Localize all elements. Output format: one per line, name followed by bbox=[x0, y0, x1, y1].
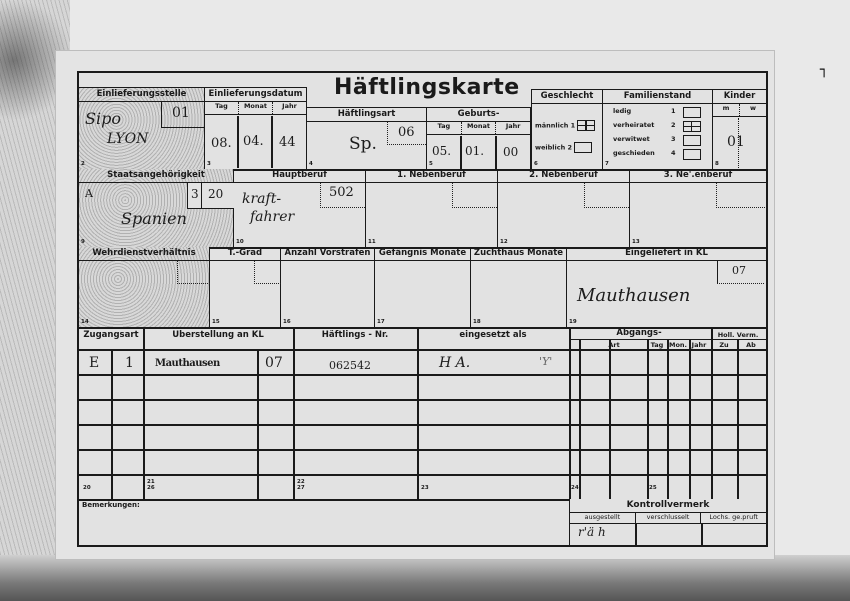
zugangsart-header: Zugangsart bbox=[79, 329, 143, 342]
maennlich-checkbox bbox=[577, 120, 595, 131]
familienstand-field: Familienstand ledig1 verheiratet2 verwit… bbox=[603, 89, 713, 169]
eingesetzt-header: eingesetzt als bbox=[417, 329, 569, 342]
ausgestellt-initials: r'ä h bbox=[578, 525, 606, 539]
nebenberuf-2-field: 2. Nebenberuf 12 bbox=[498, 169, 630, 247]
gefaengnis-field: Gefängnis Monate 17 bbox=[375, 247, 471, 327]
prisoner-card: Häftlingskarte Einlieferungsstelle Sipo … bbox=[77, 71, 768, 547]
geschlecht-field: Geschlecht männlich 1 weiblich 2 6 bbox=[531, 89, 603, 169]
eingesetzt-code: 'Y' bbox=[539, 355, 552, 368]
geburts-label: Geburts- bbox=[427, 108, 530, 122]
einlieferungsstelle-code-box: 01 bbox=[161, 102, 205, 128]
haeftlingsart-label: Häftlingsart bbox=[307, 108, 426, 122]
ledig-checkbox bbox=[683, 107, 701, 118]
eingesetzt-value: H A. bbox=[439, 355, 470, 371]
einlieferungsstelle-value-1: Sipo bbox=[85, 109, 121, 128]
bemerkungen-label: Bemerkungen: bbox=[82, 501, 140, 509]
zugangsart-b: 1 bbox=[125, 355, 134, 371]
ueberstellung-value: Mauthausen bbox=[155, 358, 220, 369]
weiblich-checkbox bbox=[574, 142, 592, 153]
verwitwet-checkbox bbox=[683, 135, 701, 146]
zuchthaus-field: Zuchthaus Monate 18 bbox=[471, 247, 567, 327]
geburtsdatum-field: Geburts- Tag Monat Jahr 05. 01. 00 5 bbox=[427, 107, 531, 169]
kontrollvermerk-box: Kontrollvermerk ausgestellt verschlussel… bbox=[569, 499, 766, 545]
haeftlingsart-value: Sp. bbox=[349, 134, 377, 154]
card-title: Häftlingskarte bbox=[334, 75, 520, 100]
verheiratet-checkbox bbox=[683, 121, 701, 132]
tgrad-field: T.-Grad 15 bbox=[210, 247, 281, 327]
kl-code: 07 bbox=[265, 355, 283, 371]
staatsangehoerigkeit-label: Staatsangehörigkeit bbox=[79, 169, 233, 183]
zugangsart-a: E bbox=[89, 355, 99, 371]
geschlecht-weiblich: weiblich 2 bbox=[535, 142, 592, 153]
geschlecht-label: Geschlecht bbox=[532, 90, 602, 104]
haeftlings-nr-value: 062542 bbox=[329, 359, 371, 372]
tag-label: Tag bbox=[205, 102, 239, 114]
jahr-label: Jahr bbox=[273, 102, 306, 114]
haeftlings-nr-header: Häftlings - Nr. bbox=[293, 329, 417, 342]
corner-mark: ┐ bbox=[820, 62, 828, 78]
einlieferungsstelle-label: Einlieferungsstelle bbox=[79, 87, 204, 102]
vorstrafen-field: Anzahl Vorstrafen 16 bbox=[281, 247, 375, 327]
eingeliefert-value: Mauthausen bbox=[577, 285, 690, 306]
einlieferungsdatum-field: Einlieferungsdatum Tag Monat Jahr 08. 04… bbox=[205, 87, 307, 169]
monat-label: Monat bbox=[239, 102, 273, 114]
nebenberuf-1-field: 1. Nebenberuf 11 bbox=[366, 169, 498, 247]
eingeliefert-field: Eingeliefert in KL Mauthausen 07 19 bbox=[567, 247, 766, 327]
ueberstellung-header: Uberstellung an KL bbox=[143, 329, 293, 342]
kinder-field: Kinder m w 01 8 bbox=[713, 89, 766, 169]
einlieferungsdatum-label: Einlieferungsdatum bbox=[205, 88, 306, 102]
geschieden-checkbox bbox=[683, 149, 701, 160]
geburt-tag: 05. bbox=[432, 144, 451, 158]
kinder-value: 01 bbox=[727, 134, 745, 150]
hauptberuf-value-2: fahrer bbox=[250, 209, 294, 225]
familienstand-label: Familienstand bbox=[603, 90, 712, 104]
haeftlingsart-code-box: 06 bbox=[387, 122, 426, 145]
einlieferung-jahr: 44 bbox=[279, 135, 296, 150]
transfer-table: Zugangsart Uberstellung an KL Häftlings … bbox=[79, 327, 766, 499]
hauptberuf-field: Hauptberuf kraft- fahrer 502 10 bbox=[234, 169, 366, 247]
geschlecht-maennlich: männlich 1 bbox=[535, 120, 595, 131]
staatsangehoerigkeit-value: Spanien bbox=[121, 209, 187, 228]
geburt-jahr: 00 bbox=[503, 145, 518, 159]
einlieferung-tag: 08. bbox=[211, 136, 232, 151]
haeftlingsart-field: Häftlingsart Sp. 06 4 bbox=[307, 107, 427, 169]
wehrdienst-field: Wehrdienstverhältnis 14 bbox=[79, 247, 210, 327]
nebenberuf-3-field: 3. Ne'.enberuf 13 bbox=[630, 169, 766, 247]
hauptberuf-value-1: kraft- bbox=[242, 191, 281, 207]
geburt-monat: 01. bbox=[465, 144, 484, 158]
kinder-label: Kinder bbox=[713, 90, 766, 104]
einlieferung-monat: 04. bbox=[243, 134, 264, 149]
hauptberuf-label: Hauptberuf bbox=[234, 169, 365, 183]
einlieferungsstelle-field: Einlieferungsstelle Sipo LYON 01 2 bbox=[79, 87, 205, 169]
einlieferungsstelle-value-2: LYON bbox=[107, 131, 148, 147]
scan-shadow-bottom bbox=[0, 555, 850, 601]
staatsangehoerigkeit-field: Staatsangehörigkeit A Spanien 3 20 9 bbox=[79, 169, 234, 247]
